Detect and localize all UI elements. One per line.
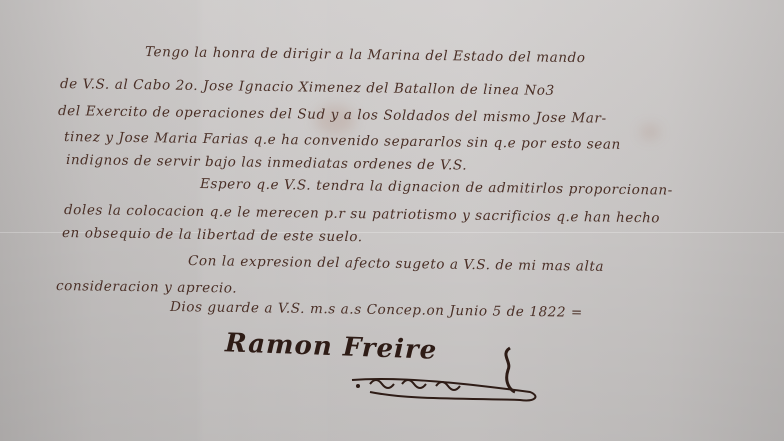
signature-flourish — [340, 340, 550, 410]
ink-stain — [640, 125, 660, 139]
letter-line: consideracion y aprecio. — [56, 278, 237, 297]
